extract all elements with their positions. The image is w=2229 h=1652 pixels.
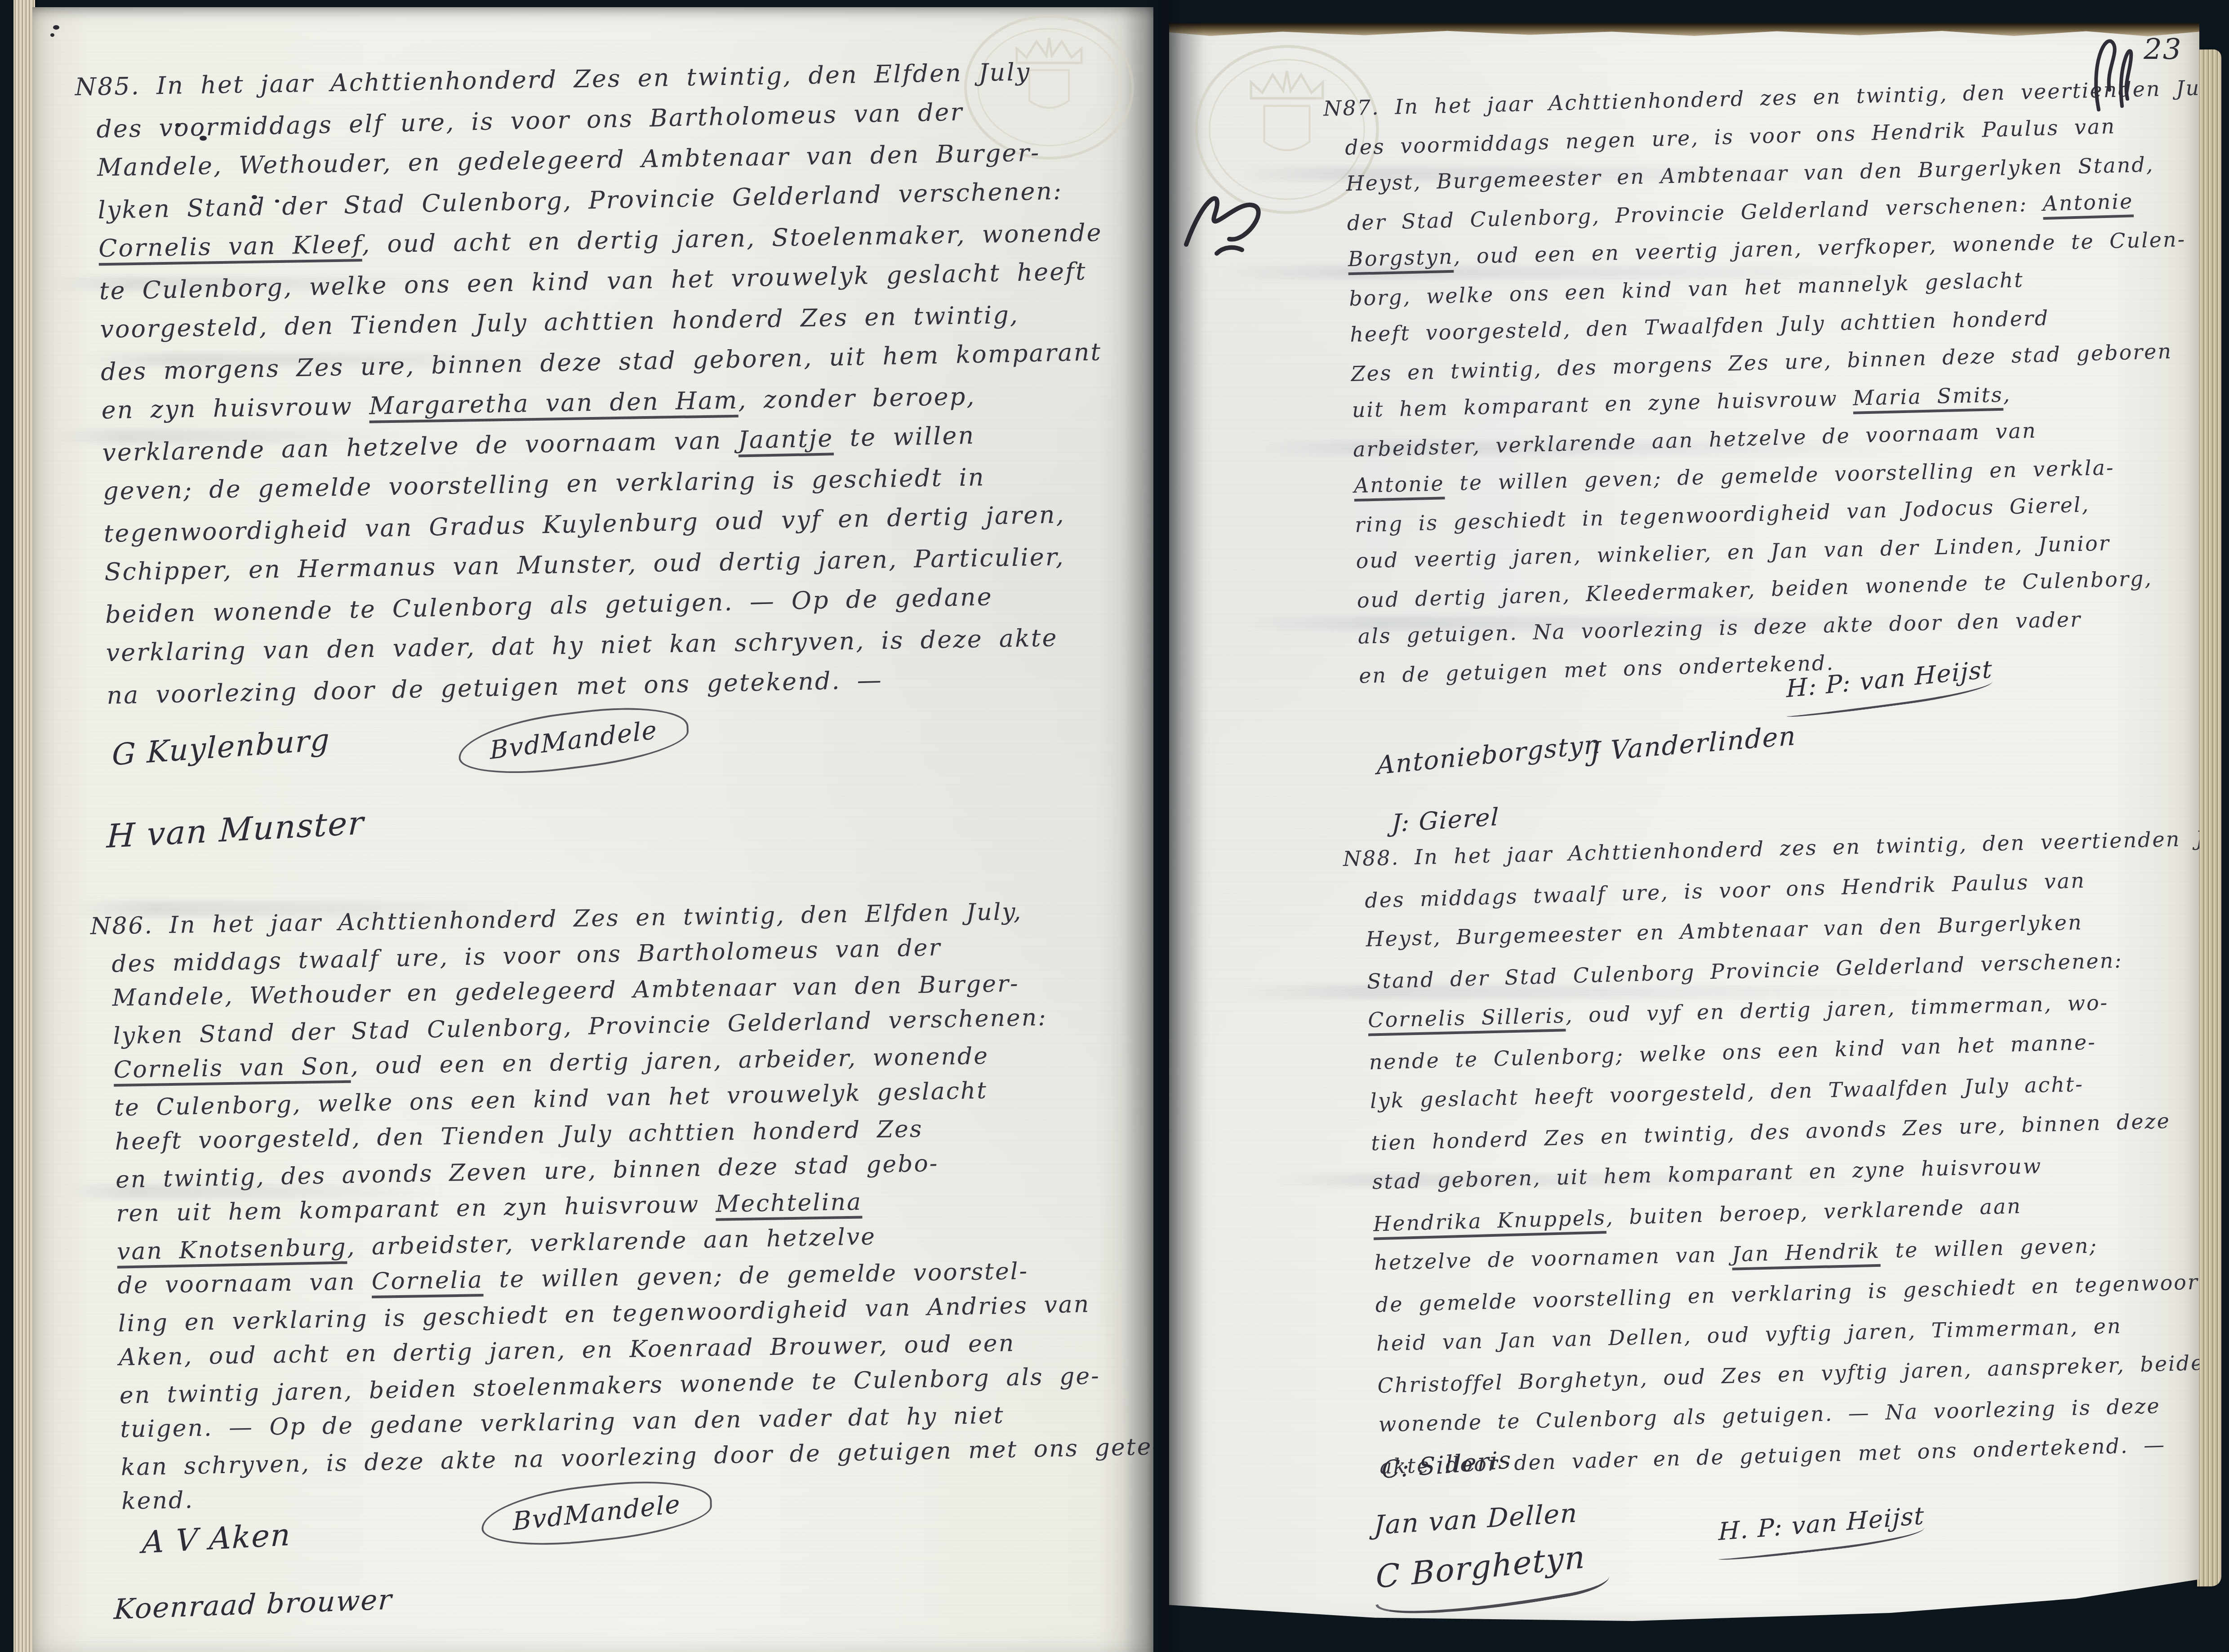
underlined-name: Hendrika Knuppels bbox=[1373, 1205, 1606, 1236]
ink-speck bbox=[50, 33, 54, 37]
line-text: N85. In het jaar Achttienhonderd Zes en … bbox=[75, 58, 1031, 101]
line-text: en zyn huisvrouw bbox=[101, 392, 369, 424]
line-text: N86. In het jaar Achttienhonderd Zes en … bbox=[90, 898, 1022, 940]
line-text: N87. In het jaar Achttienhonderd zes en … bbox=[1323, 75, 2199, 120]
signature-j-vanderlinden: J Vanderlinden bbox=[1590, 720, 1797, 767]
signature-c-borghetyn: C Borghetyn bbox=[1375, 1538, 1586, 1620]
ink-speck bbox=[53, 25, 59, 30]
underlined-name: Cornelis Silleris bbox=[1368, 1003, 1566, 1032]
underlined-name: Mechtelina bbox=[715, 1189, 862, 1218]
signature-j-gierel: J: Gierel bbox=[1391, 803, 1499, 838]
register-book-scan: N85. In het jaar Achttienhonderd Zes en … bbox=[0, 0, 2229, 1652]
line-text: , zonder beroep, bbox=[738, 382, 976, 414]
left-page: N85. In het jaar Achttienhonderd Zes en … bbox=[32, 7, 1153, 1652]
signature-koenraad-brouwer: Koenraad brouwer bbox=[113, 1583, 393, 1625]
right-page-text: N87. In het jaar Achttienhonderd zes en … bbox=[1169, 23, 2199, 1624]
underlined-name: Maria Smits bbox=[1853, 382, 2003, 410]
line-text: de voornaam van bbox=[117, 1268, 372, 1299]
signature-a-v-aken: A V Aken bbox=[142, 1517, 292, 1561]
page-number: 23 bbox=[2144, 33, 2182, 67]
margin-paraph-mark bbox=[1172, 167, 1280, 266]
left-page-edges bbox=[13, 0, 35, 1652]
signature-h-p-van-heijst: H. P: van Heijst bbox=[1718, 1501, 1925, 1559]
line-text: , bbox=[2003, 382, 2011, 406]
page-number-flourish bbox=[2086, 27, 2144, 117]
line-text: te willen bbox=[833, 421, 975, 452]
record-n85: N85. In het jaar Achttienhonderd Zes en … bbox=[75, 55, 1147, 721]
ink-speck bbox=[175, 123, 181, 127]
underlined-name: Cornelia bbox=[371, 1266, 483, 1295]
underlined-name: Borgstyn bbox=[1348, 244, 1454, 271]
right-page: 23 N87. In het jaar Achttienhonderd zes … bbox=[1169, 23, 2199, 1624]
signature-antonieborgstyn: Antonieborgstyn bbox=[1377, 730, 1601, 781]
underlined-name: Antonie bbox=[1354, 471, 1445, 497]
underlined-name: Cornelis van Kleef bbox=[98, 230, 362, 262]
underlined-name: Jaantje bbox=[738, 424, 834, 454]
left-page-text: N85. In het jaar Achttienhonderd Zes en … bbox=[32, 7, 1153, 1652]
fore-edge-pages bbox=[2197, 49, 2221, 1586]
underlined-name: van Knotsenburg bbox=[116, 1234, 347, 1265]
underlined-name: Jan Hendrik bbox=[1731, 1239, 1880, 1266]
ink-speck bbox=[252, 195, 257, 199]
underlined-name: Antonie bbox=[2042, 189, 2134, 216]
signature-jan-van-dellen: Jan van Dellen bbox=[1374, 1497, 1578, 1541]
signature-g-kuylenburg: G Kuylenburg bbox=[112, 722, 331, 773]
record-n87: N87. In het jaar Achttienhonderd zes en … bbox=[1323, 75, 2199, 702]
signature-h-van-munster: H van Munster bbox=[106, 804, 365, 855]
line-text: te willen geven; bbox=[1880, 1233, 2098, 1262]
line-text: kend. bbox=[121, 1487, 194, 1515]
ink-speck bbox=[200, 136, 207, 141]
underlined-name: Margaretha van den Ham bbox=[369, 386, 739, 420]
underlined-name: Cornelis van Son bbox=[113, 1053, 351, 1084]
ink-speck bbox=[275, 200, 279, 203]
record-n88: N88. In het jaar Achttienhonderd zes en … bbox=[1343, 825, 2199, 1495]
record-n86: N86. In het jaar Achttienhonderd Zes en … bbox=[90, 895, 1153, 1525]
